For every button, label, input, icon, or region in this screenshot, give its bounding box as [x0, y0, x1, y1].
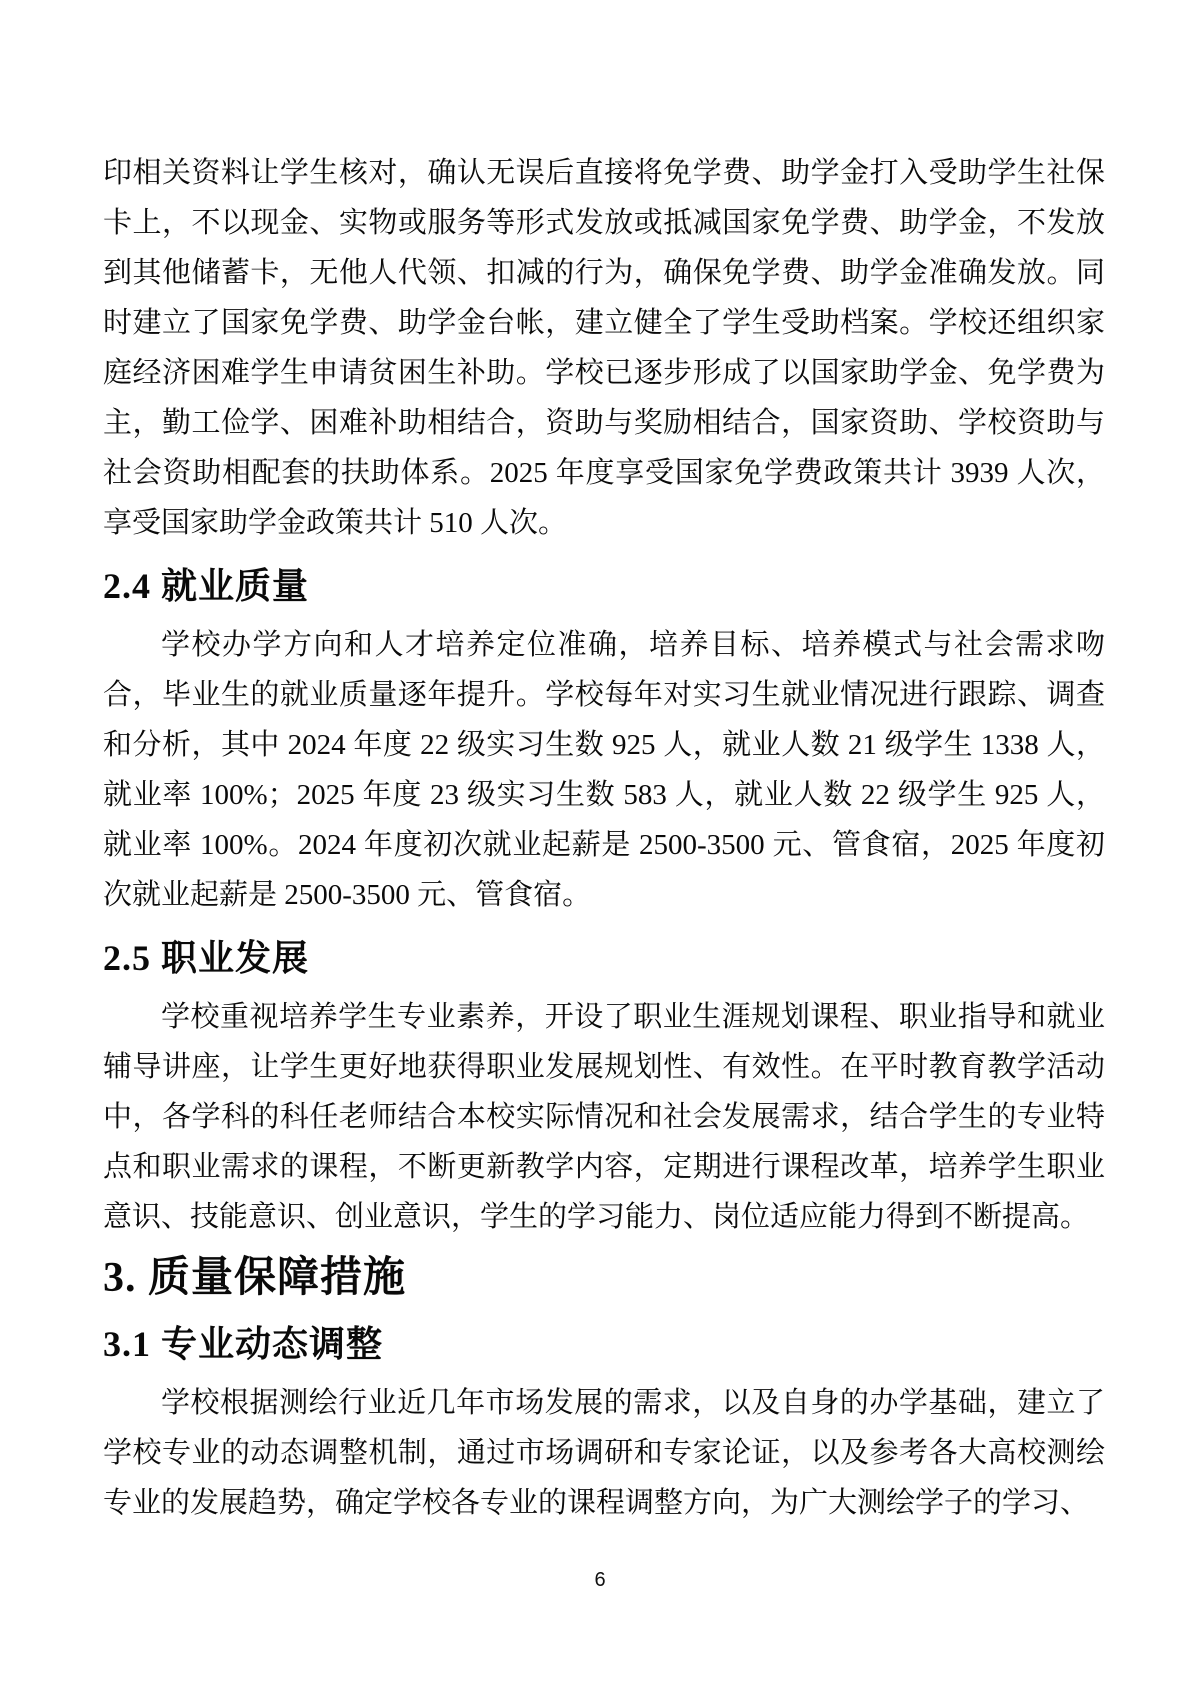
heading-3-quality-assurance-measures: 3. 质量保障措施 — [103, 1250, 1105, 1306]
heading-2-5-career-development: 2.5 职业发展 — [103, 934, 1105, 982]
heading-3-1-major-dynamic-adjustment: 3.1 专业动态调整 — [103, 1320, 1105, 1368]
heading-2-4-employment-quality: 2.4 就业质量 — [103, 562, 1105, 610]
document-content: 印相关资料让学生核对，确认无误后直接将免学费、助学金打入受助学生社保卡上，不以现… — [103, 148, 1105, 1528]
paragraph-career-development: 学校重视培养学生专业素养，开设了职业生涯规划课程、职业指导和就业辅导讲座，让学生… — [103, 992, 1105, 1242]
paragraph-tuition-aid-continuation: 印相关资料让学生核对，确认无误后直接将免学费、助学金打入受助学生社保卡上，不以现… — [103, 148, 1105, 548]
paragraph-employment-quality: 学校办学方向和人才培养定位准确，培养目标、培养模式与社会需求吻合，毕业生的就业质… — [103, 620, 1105, 920]
document-page: 印相关资料让学生核对，确认无误后直接将免学费、助学金打入受助学生社保卡上，不以现… — [0, 0, 1200, 1696]
page-number: 6 — [0, 1568, 1200, 1592]
paragraph-major-dynamic-adjustment: 学校根据测绘行业近几年市场发展的需求，以及自身的办学基础，建立了学校专业的动态调… — [103, 1378, 1105, 1528]
